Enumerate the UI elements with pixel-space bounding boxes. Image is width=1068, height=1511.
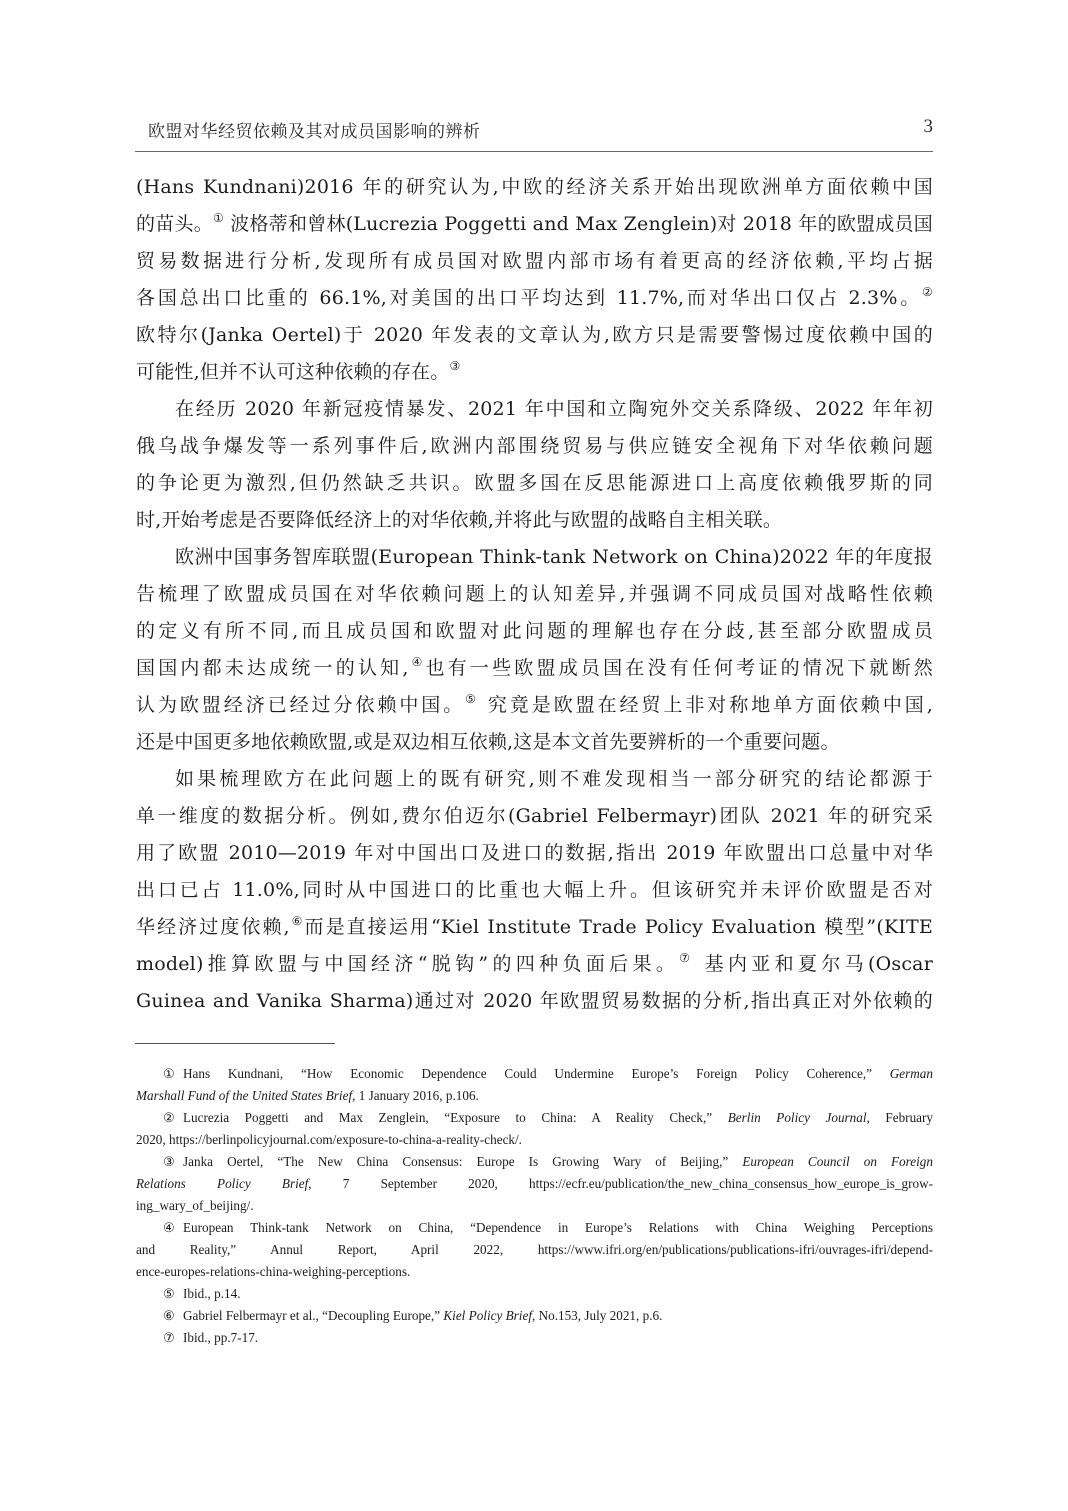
line-text: 贸易数据进行分析,发现所有成员国对欧盟内部市场有着更高的经济依赖,平均占据 (136, 250, 933, 272)
footnote-url[interactable]: ing_wary_of_beijing/. (136, 1198, 254, 1213)
footnote-text: Janka Oertel, “The New China Consensus: … (183, 1154, 742, 1169)
body-line: 单一维度的数据分析。例如,费尔伯迈尔(Gabriel Felbermayr)团队… (136, 800, 933, 832)
footnote-text: Ibid., pp.7-17. (183, 1330, 258, 1345)
body-line: 贸易数据进行分析,发现所有成员国对欧盟内部市场有着更高的经济依赖,平均占据 (136, 245, 933, 277)
footnote-source-title: German (890, 1066, 933, 1081)
line-text: 而是直接运用“Kiel Institute Trade Policy Evalu… (305, 916, 933, 938)
footnote-text: Gabriel Felbermayr et al., “Decoupling E… (183, 1308, 443, 1323)
footnote-ref-3[interactable]: ③ (449, 359, 460, 373)
line-text: 可能性,但并不认可这种依赖的存在。 (136, 361, 449, 383)
body-line: 的苗头。① 波格蒂和曾林(Lucrezia Poggetti and Max Z… (136, 208, 933, 240)
footnote-source-title: Relations Policy Brief (136, 1176, 308, 1191)
line-text: 的苗头。 (136, 213, 213, 235)
line-text: 的争论更为激烈,但仍然缺乏共识。欧盟多国在反思能源进口上高度依赖俄罗斯的同 (136, 472, 933, 494)
footnote-4: ④European Think-tank Network on China, “… (136, 1218, 933, 1238)
footnote-6: ⑥Gabriel Felbermayr et al., “Decoupling … (136, 1306, 933, 1326)
footnote-url[interactable]: and Reality,” Annul Report, April 2022, … (136, 1242, 933, 1257)
footnote-source-title: Marshall Fund of the United States Brief (136, 1088, 352, 1103)
line-text: model)推算欧盟与中国经济“脱钩”的四种负面后果。 (136, 953, 679, 975)
footnote-number: ⑥ (163, 1306, 183, 1326)
body-line: 俄乌战争爆发等一系列事件后,欧洲内部围绕贸易与供应链安全视角下对华依赖问题 (136, 430, 933, 462)
line-text: 在经历 2020 年新冠疫情暴发、2021 年中国和立陶宛外交关系降级、2022… (175, 398, 933, 420)
footnote-text: Ibid., p.14. (183, 1286, 241, 1301)
footnote-number: ① (163, 1064, 183, 1084)
footnote-ref-6[interactable]: ⑥ (290, 914, 305, 928)
footnote-source-title: European Council on Foreign (742, 1154, 933, 1169)
footnote-text: European Think-tank Network on China, “D… (183, 1220, 933, 1235)
footnote-number: ④ (163, 1218, 183, 1238)
line-text: 出口已占 11.0%,同时从中国进口的比重也大幅上升。但该研究并未评价欧盟是否对 (136, 879, 933, 901)
line-text: (Hans Kundnani)2016 年的研究认为,中欧的经济关系开始出现欧洲… (136, 176, 933, 198)
body-line: 可能性,但并不认可这种依赖的存在。③ (136, 356, 933, 388)
line-text: 各国总出口比重的 66.1%,对美国的出口平均达到 11.7%,而对华出口仅占 … (136, 287, 922, 309)
footnote-number: ⑤ (163, 1284, 183, 1304)
line-text: 的定义有所不同,而且成员国和欧盟对此问题的理解也存在分歧,甚至部分欧盟成员 (136, 620, 933, 642)
line-text: 也有一些欧盟成员国在没有任何考证的情况下就断然 (426, 657, 933, 679)
body-line: 如果梳理欧方在此问题上的既有研究,则不难发现相当一部分研究的结论都源于 (136, 763, 933, 795)
body-line: 欧洲中国事务智库联盟(European Think-tank Network o… (136, 541, 933, 573)
header-rule (135, 151, 933, 152)
line-text: 如果梳理欧方在此问题上的既有研究,则不难发现相当一部分研究的结论都源于 (175, 768, 933, 790)
footnote-ref-5[interactable]: ⑤ (465, 692, 479, 706)
line-text: 欧洲中国事务智库联盟(European Think-tank Network o… (175, 546, 933, 568)
footnote-ref-4[interactable]: ④ (409, 655, 426, 669)
footnote-5: ⑤Ibid., p.14. (136, 1284, 933, 1304)
body-line: 国国内都未达成统一的认知,④也有一些欧盟成员国在没有任何考证的情况下就断然 (136, 652, 933, 684)
footnote-3-cont: Relations Policy Brief, 7 September 2020… (136, 1174, 933, 1194)
footnote-text: , 1 January 2016, p.106. (352, 1088, 479, 1103)
footnote-4-cont: and Reality,” Annul Report, April 2022, … (136, 1240, 933, 1260)
page-number: 3 (924, 116, 934, 138)
body-line: model)推算欧盟与中国经济“脱钩”的四种负面后果。⑦ 基内亚和夏尔马(Osc… (136, 948, 933, 980)
body-line: 各国总出口比重的 66.1%,对美国的出口平均达到 11.7%,而对华出口仅占 … (136, 282, 933, 314)
footnote-url[interactable]: 2020, https://berlinpolicyjournal.com/ex… (136, 1132, 522, 1147)
body-line: 华经济过度依赖,⑥而是直接运用“Kiel Institute Trade Pol… (136, 911, 933, 943)
line-text: 究竟是欧盟在经贸上非对称地单方面依赖中国, (479, 694, 933, 716)
body-line: 还是中国更多地依赖欧盟,或是双边相互依赖,这是本文首先要辨析的一个重要问题。 (136, 726, 933, 758)
body-line: (Hans Kundnani)2016 年的研究认为,中欧的经济关系开始出现欧洲… (136, 171, 933, 203)
document-page: 欧盟对华经贸依赖及其对成员国影响的辨析 3 (Hans Kundnani)201… (0, 0, 1068, 1511)
footnote-ref-1[interactable]: ① (213, 211, 224, 225)
footnote-text: , No.153, July 2021, p.6. (532, 1308, 662, 1323)
line-text: 基内亚和夏尔马(Oscar (694, 953, 933, 975)
line-text: 还是中国更多地依赖欧盟,或是双边相互依赖,这是本文首先要辨析的一个重要问题。 (136, 731, 840, 753)
line-text: 用了欧盟 2010—2019 年对中国出口及进口的数据,指出 2019 年欧盟出… (136, 842, 933, 864)
running-title: 欧盟对华经贸依赖及其对成员国影响的辨析 (148, 117, 933, 145)
line-text: 波格蒂和曾林(Lucrezia Poggetti and Max Zenglei… (224, 213, 933, 235)
footnote-number: ⑦ (163, 1328, 183, 1348)
body-line: 的争论更为激烈,但仍然缺乏共识。欧盟多国在反思能源进口上高度依赖俄罗斯的同 (136, 467, 933, 499)
footnote-text: Lucrezia Poggetti and Max Zenglein, “Exp… (183, 1110, 728, 1125)
line-text: 欧特尔(Janka Oertel)于 2020 年发表的文章认为,欧方只是需要警… (136, 324, 933, 346)
footnote-3-cont: ing_wary_of_beijing/. (136, 1196, 933, 1216)
body-line: 告梳理了欧盟成员国在对华依赖问题上的认知差异,并强调不同成员国对战略性依赖 (136, 578, 933, 610)
footnote-number: ③ (163, 1152, 183, 1172)
footnote-7: ⑦Ibid., pp.7-17. (136, 1328, 933, 1348)
footnote-source-title: Berlin Policy Journal (728, 1110, 867, 1125)
line-text: 俄乌战争爆发等一系列事件后,欧洲内部围绕贸易与供应链安全视角下对华依赖问题 (136, 435, 933, 457)
footnote-source-title: Kiel Policy Brief (443, 1308, 532, 1323)
body-line: 认为欧盟经济已经过分依赖中国。⑤ 究竟是欧盟在经贸上非对称地单方面依赖中国, (136, 689, 933, 721)
line-text: 认为欧盟经济已经过分依赖中国。 (136, 694, 465, 716)
footnote-2-cont: 2020, https://berlinpolicyjournal.com/ex… (136, 1130, 933, 1150)
footnote-url[interactable]: ence-europes-relations-china-weighing-pe… (136, 1264, 410, 1279)
body-line: 在经历 2020 年新冠疫情暴发、2021 年中国和立陶宛外交关系降级、2022… (136, 393, 933, 425)
footnote-number: ② (163, 1108, 183, 1128)
body-line: 的定义有所不同,而且成员国和欧盟对此问题的理解也存在分歧,甚至部分欧盟成员 (136, 615, 933, 647)
footnote-ref-7[interactable]: ⑦ (679, 951, 694, 965)
line-text: Guinea and Vanika Sharma)通过对 2020 年欧盟贸易数… (136, 990, 933, 1012)
footnote-ref-2[interactable]: ② (922, 285, 933, 299)
line-text: 单一维度的数据分析。例如,费尔伯迈尔(Gabriel Felbermayr)团队… (136, 805, 933, 827)
footnote-text: Hans Kundnani, “How Economic Dependence … (183, 1066, 890, 1081)
footnote-3: ③Janka Oertel, “The New China Consensus:… (136, 1152, 933, 1172)
line-text: 时,开始考虑是否要降低经济上的对华依赖,并将此与欧盟的战略自主相关联。 (136, 509, 782, 531)
footnote-4-cont: ence-europes-relations-china-weighing-pe… (136, 1262, 933, 1282)
line-text: 告梳理了欧盟成员国在对华依赖问题上的认知差异,并强调不同成员国对战略性依赖 (136, 583, 933, 605)
body-line: Guinea and Vanika Sharma)通过对 2020 年欧盟贸易数… (136, 985, 933, 1017)
footnote-2: ②Lucrezia Poggetti and Max Zenglein, “Ex… (136, 1108, 933, 1128)
body-line: 出口已占 11.0%,同时从中国进口的比重也大幅上升。但该研究并未评价欧盟是否对 (136, 874, 933, 906)
body-line: 用了欧盟 2010—2019 年对中国出口及进口的数据,指出 2019 年欧盟出… (136, 837, 933, 869)
line-text: 华经济过度依赖, (136, 916, 290, 938)
footnote-url[interactable]: , 7 September 2020, https://ecfr.eu/publ… (308, 1176, 933, 1191)
footnote-1-cont: Marshall Fund of the United States Brief… (136, 1086, 933, 1106)
footnote-1: ①Hans Kundnani, “How Economic Dependence… (136, 1064, 933, 1084)
body-line: 时,开始考虑是否要降低经济上的对华依赖,并将此与欧盟的战略自主相关联。 (136, 504, 933, 536)
body-line: 欧特尔(Janka Oertel)于 2020 年发表的文章认为,欧方只是需要警… (136, 319, 933, 351)
footnote-separator (135, 1043, 335, 1044)
footnote-text: , February (867, 1110, 933, 1125)
line-text: 国国内都未达成统一的认知, (136, 657, 409, 679)
